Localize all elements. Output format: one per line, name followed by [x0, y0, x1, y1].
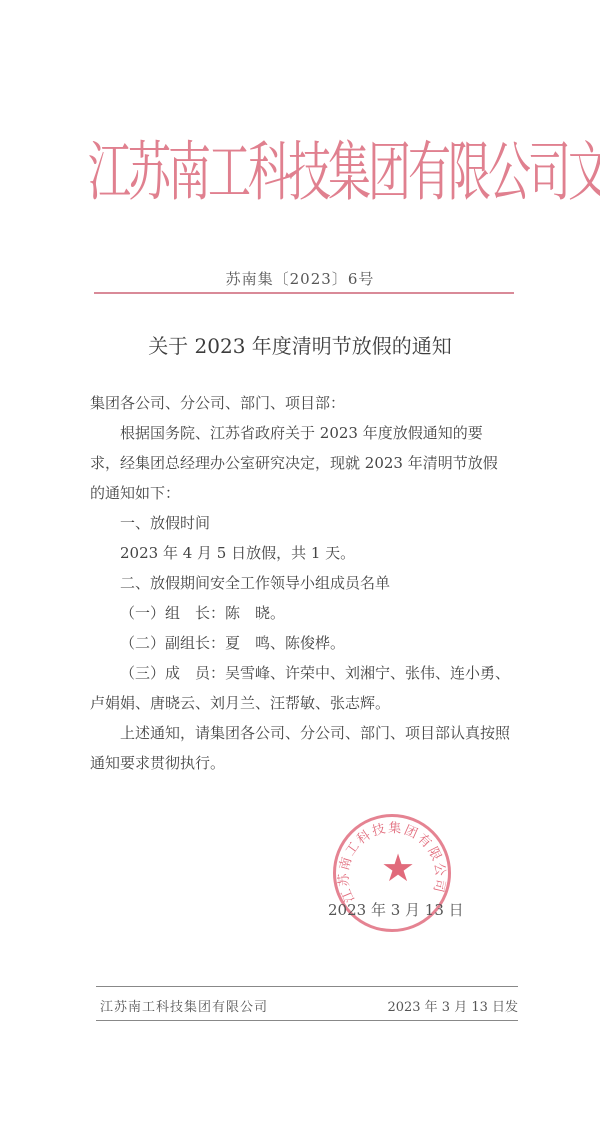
- footer-top-rule: [96, 986, 518, 987]
- section2-heading: 二、放假期间安全工作领导小组成员名单: [90, 568, 512, 598]
- star-icon: ★: [378, 848, 418, 888]
- footer-bottom-rule: [96, 1020, 518, 1021]
- footer-issue-date: 2023 年 3 月 13 日发: [387, 996, 518, 1015]
- notice-title: 关于 2023 年度清明节放假的通知: [0, 330, 600, 359]
- section1-heading: 一、放假时间: [90, 508, 512, 538]
- red-divider: [94, 292, 514, 294]
- section1-text: 2023 年 4 月 5 日放假，共 1 天。: [90, 538, 512, 568]
- members-line: （三）成 员：吴雪峰、许荣中、刘湘宁、张伟、连小勇、卢娟娟、唐晓云、刘月兰、汪帮…: [90, 658, 512, 718]
- signature-date: 2023 年 3 月 13 日: [328, 899, 464, 920]
- deputy-line: （二）副组长：夏 鸣、陈俊桦。: [90, 628, 512, 658]
- document-number: 苏南集〔2023〕6号: [0, 268, 600, 289]
- footer-issuer: 江苏南工科技集团有限公司: [100, 996, 268, 1015]
- masthead-title: 江苏南工科技集团有限公司文件: [88, 106, 518, 241]
- notice-body: 集团各公司、分公司、部门、项目部： 根据国务院、江苏省政府关于 2023 年度放…: [90, 388, 512, 778]
- closing-paragraph: 上述通知，请集团各公司、分公司、部门、项目部认真按照通知要求贯彻执行。: [90, 718, 512, 778]
- leader-line: （一）组 长：陈 晓。: [90, 598, 512, 628]
- salutation: 集团各公司、分公司、部门、项目部：: [90, 388, 512, 418]
- intro-paragraph: 根据国务院、江苏省政府关于 2023 年度放假通知的要求，经集团总经理办公室研究…: [90, 418, 512, 508]
